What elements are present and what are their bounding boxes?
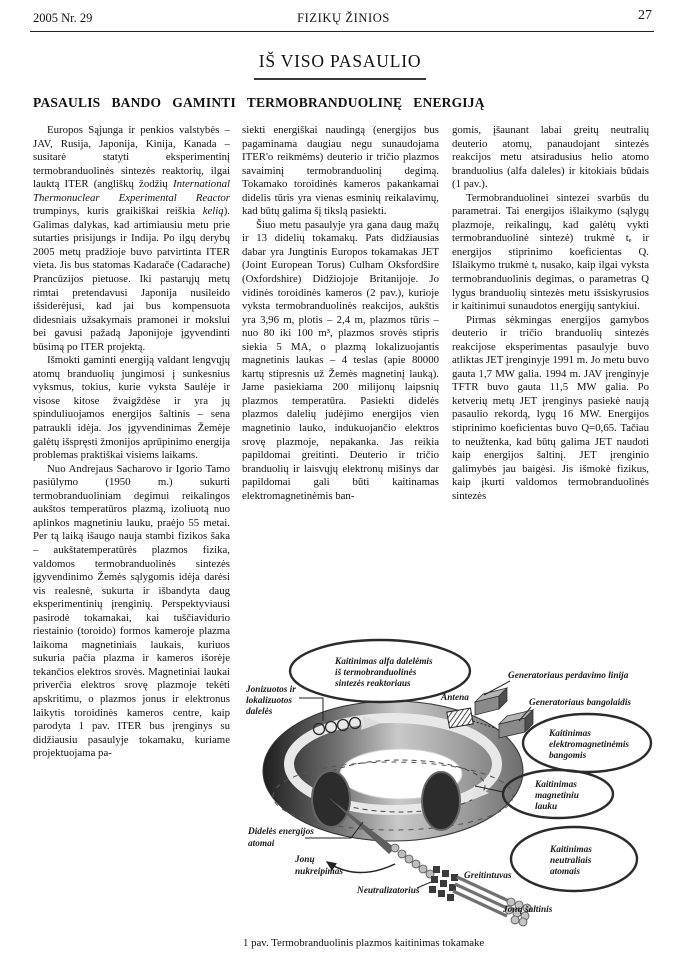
label-em-heating: Kaitinimas [548,729,591,739]
label-em-heating: bangomis [549,751,587,761]
tokamak-diagram: Kaitinimas alfa dalelėmis iš termobrandu… [243,626,653,932]
section-title: IŠ VISO PASAULIO [0,51,680,80]
journal-title: FIZIKŲ ŽINIOS [33,11,654,26]
label-magnetic-heating: lauku [535,802,557,812]
paragraph: Termobranduolinei sintezei svarbūs du pa… [452,192,649,314]
label-magnetic-heating: magnetiniu [535,791,579,801]
porthole-left [312,771,350,827]
text-run: trumpinys, kuris graikiškai reiškia [33,205,203,217]
text-run: siekti energiškai naudingą (energijos bu… [242,124,439,217]
label-alpha-heating: sintezės reaktoriaus [334,679,411,689]
label-ion-deflection: nukreipimas [295,867,343,877]
atom-chain [391,844,434,878]
label-ionized: Jonizuotos ir [245,685,296,695]
text-column-2: siekti energiškai naudingą (energijos bu… [242,124,439,624]
paragraph: Nuo Andrejaus Sacharovo ir Igorio Tamo p… [33,463,230,761]
label-alpha-heating: iš termobranduolinės [335,668,417,678]
figure-caption: 1 pav. Termobranduolinis plazmos kaitini… [243,937,484,949]
neutralizer-grid [429,866,458,901]
label-transmission-line: Generatoriaus perdavimo linija [508,671,629,681]
waveguide-box [499,710,533,738]
label-magnetic-heating: Kaitinimas [534,780,577,790]
text-run: Šiuo metu pasaulyje yra gana daug mažų i… [242,219,439,502]
label-neutral-heating: atomais [550,867,580,877]
text-column-1: Europos Sąjunga ir penkios valstybės – J… [33,124,230,960]
paragraph: siekti energiškai naudingą (energijos bu… [242,124,439,219]
label-neutralizer: Neutralizatorius [356,886,420,896]
running-header: 2005 Nr. 29 FIZIKŲ ŽINIOS 27 [33,8,654,30]
text-run: Termobranduolinei sintezei svarbūs du pa… [452,192,649,312]
label-ion-deflection: Jonų [294,855,315,865]
label-antenna: Antena [440,693,469,703]
label-accelerator: Greitintuvas [464,871,512,881]
transmission-line-box [475,688,507,715]
label-ionized: dalelės [246,707,273,717]
paragraph: Išmokti gaminti energiją valdant lengvųj… [33,354,230,462]
header-rule [30,31,654,32]
label-neutral-heating: neutraliais [550,856,592,866]
text-run: gomis, įšaunant labai greitų neutralių d… [452,124,649,190]
text-column-3: gomis, įšaunant labai greitų neutralių d… [452,124,649,624]
porthole-right [422,772,460,830]
label-ionized: lokalizuotos [246,696,292,706]
paragraph: Pirmas sėkmingas energijos gamybos deute… [452,314,649,504]
label-high-energy-atoms: Didelės energijos [247,827,314,837]
paragraph: Europos Sąjunga ir penkios valstybės – J… [33,124,230,354]
label-waveguide: Generatoriaus bangolaidis [529,698,631,708]
text-run: ). Galimas dalykas, kad artimiausiu metu… [33,205,230,352]
label-ion-source: Jonų šaltinis [502,905,553,915]
antenna-icon [447,708,473,728]
paragraph: Šiuo metu pasaulyje yra gana daug mažų i… [242,219,439,503]
magazine-page: 2005 Nr. 29 FIZIKŲ ŽINIOS 27 IŠ VISO PAS… [0,0,680,976]
tokamak-figure: Kaitinimas alfa dalelėmis iš termobrandu… [243,626,653,932]
text-run: Nuo Andrejaus Sacharovo ir Igorio Tamo p… [33,463,230,759]
label-high-energy-atoms: atomai [248,839,275,849]
paragraph: gomis, įšaunant labai greitų neutralių d… [452,124,649,192]
text-run: Išmokti gaminti energiją valdant lengvųj… [33,354,230,461]
label-neutral-heating: Kaitinimas [549,845,592,855]
page-number: 27 [638,8,652,24]
article-title: PASAULIS BANDO GAMINTI TERMOBRANDUOLINĘ … [33,95,647,111]
label-em-heating: elektromagnetinėmis [549,740,629,750]
italic-text: kelią [203,205,224,217]
text-run: Pirmas sėkmingas energijos gamybos deute… [452,314,649,502]
label-alpha-heating: Kaitinimas alfa dalelėmis [334,657,433,667]
